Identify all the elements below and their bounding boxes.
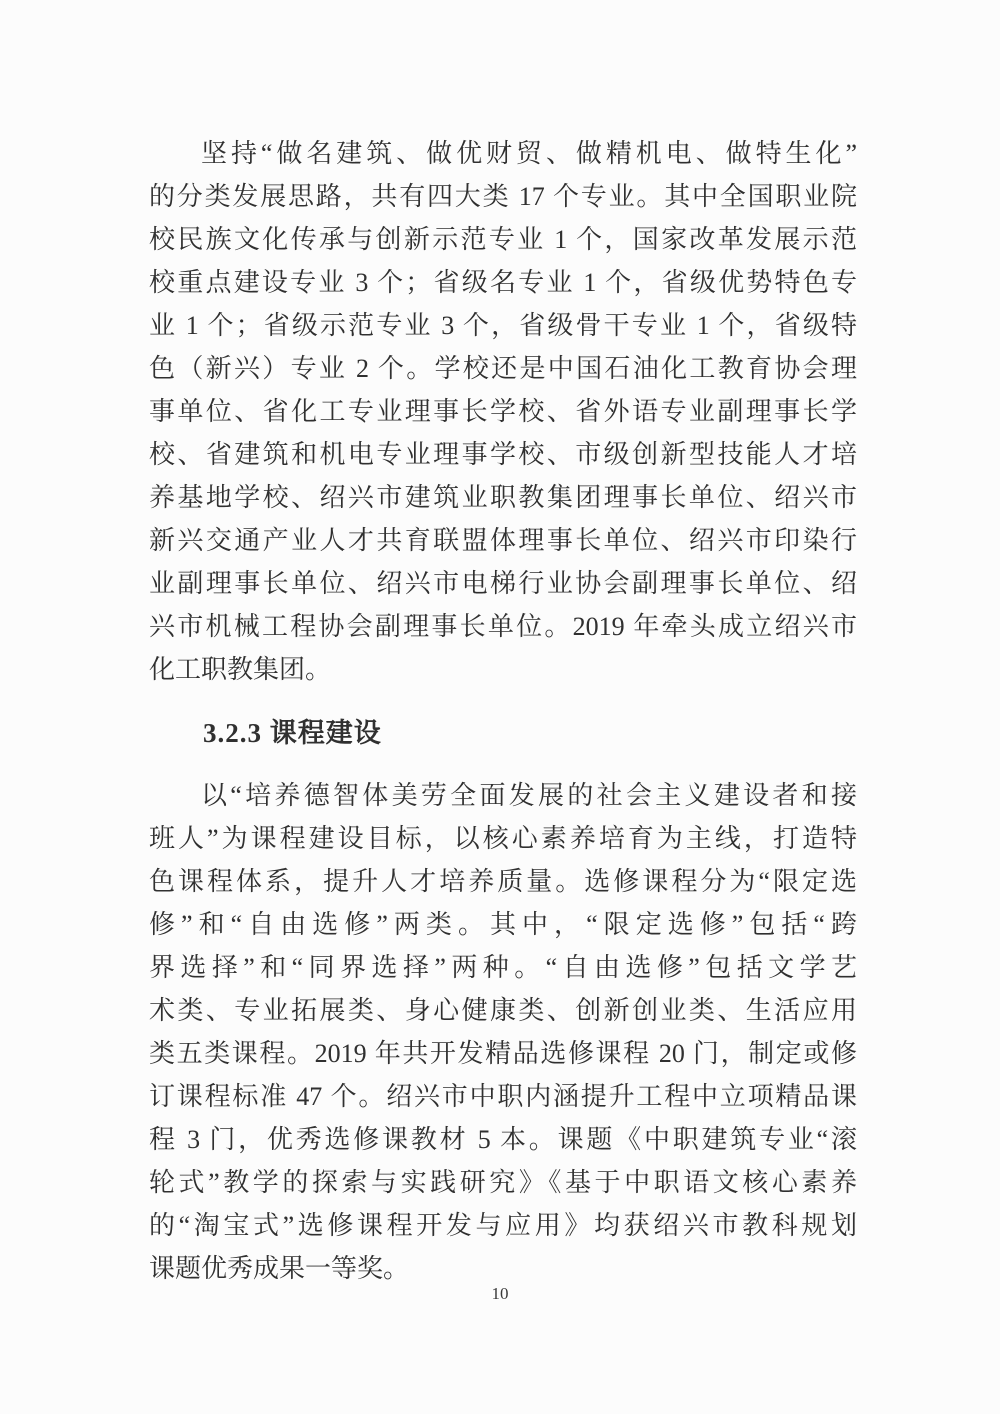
text-line: 轮式”教学的探索与实践研究》《基于中职语文核心素养 (149, 1161, 857, 1204)
text-line: 班人”为课程建设目标，以核心素养培育为主线，打造特 (149, 817, 857, 860)
text-line: 程 3 门，优秀选修课教材 5 本。课题《中职建筑专业“滚 (149, 1118, 857, 1161)
text-line: 兴市机械工程协会副理事长单位。2019 年牵头成立绍兴市 (149, 605, 857, 648)
text-line: 业 1 个；省级示范专业 3 个，省级骨干专业 1 个，省级特 (149, 304, 857, 347)
text-line: 色课程体系，提升人才培养质量。选修课程分为“限定选 (149, 860, 857, 903)
text-line: 类五类课程。2019 年共开发精品选修课程 20 门，制定或修 (149, 1032, 857, 1075)
text-line: 事单位、省化工专业理事长学校、省外语专业副理事长学 (149, 390, 857, 433)
text-line: 坚持“做名建筑、做优财贸、做精机电、做特生化” (149, 132, 857, 175)
text-line: 校、省建筑和机电专业理事学校、市级创新型技能人才培 (149, 433, 857, 476)
text-line: 术类、专业拓展类、身心健康类、创新创业类、生活应用 (149, 989, 857, 1032)
text-line: 订课程标准 47 个。绍兴市中职内涵提升工程中立项精品课 (149, 1075, 857, 1118)
text-line: 的“淘宝式”选修课程开发与应用》均获绍兴市教科规划 (149, 1204, 857, 1247)
text-line: 校重点建设专业 3 个；省级名专业 1 个，省级优势特色专 (149, 261, 857, 304)
paragraph-curriculum: 以“培养德智体美劳全面发展的社会主义建设者和接 班人”为课程建设目标，以核心素养… (149, 774, 857, 1290)
page-number: 10 (0, 1284, 1000, 1303)
section-heading-3-2-3: 3.2.3 课程建设 (149, 712, 857, 755)
document-body: 坚持“做名建筑、做优财贸、做精机电、做特生化” 的分类发展思路，共有四大类 17… (149, 132, 857, 1290)
paragraph-school-majors: 坚持“做名建筑、做优财贸、做精机电、做特生化” 的分类发展思路，共有四大类 17… (149, 132, 857, 691)
document-page: 坚持“做名建筑、做优财贸、做精机电、做特生化” 的分类发展思路，共有四大类 17… (0, 0, 1000, 1414)
text-line: 以“培养德智体美劳全面发展的社会主义建设者和接 (149, 774, 857, 817)
text-line: 的分类发展思路，共有四大类 17 个专业。其中全国职业院 (149, 175, 857, 218)
text-line: 养基地学校、绍兴市建筑业职教集团理事长单位、绍兴市 (149, 476, 857, 519)
text-line: 色（新兴）专业 2 个。学校还是中国石油化工教育协会理 (149, 347, 857, 390)
text-line: 修”和“自由选修”两类。其中，“限定选修”包括“跨 (149, 903, 857, 946)
text-line: 校民族文化传承与创新示范专业 1 个，国家改革发展示范 (149, 218, 857, 261)
text-line: 界选择”和“同界选择”两种。“自由选修”包括文学艺 (149, 946, 857, 989)
text-line: 化工职教集团。 (149, 648, 857, 691)
text-line: 业副理事长单位、绍兴市电梯行业协会副理事长单位、绍 (149, 562, 857, 605)
text-line: 新兴交通产业人才共育联盟体理事长单位、绍兴市印染行 (149, 519, 857, 562)
